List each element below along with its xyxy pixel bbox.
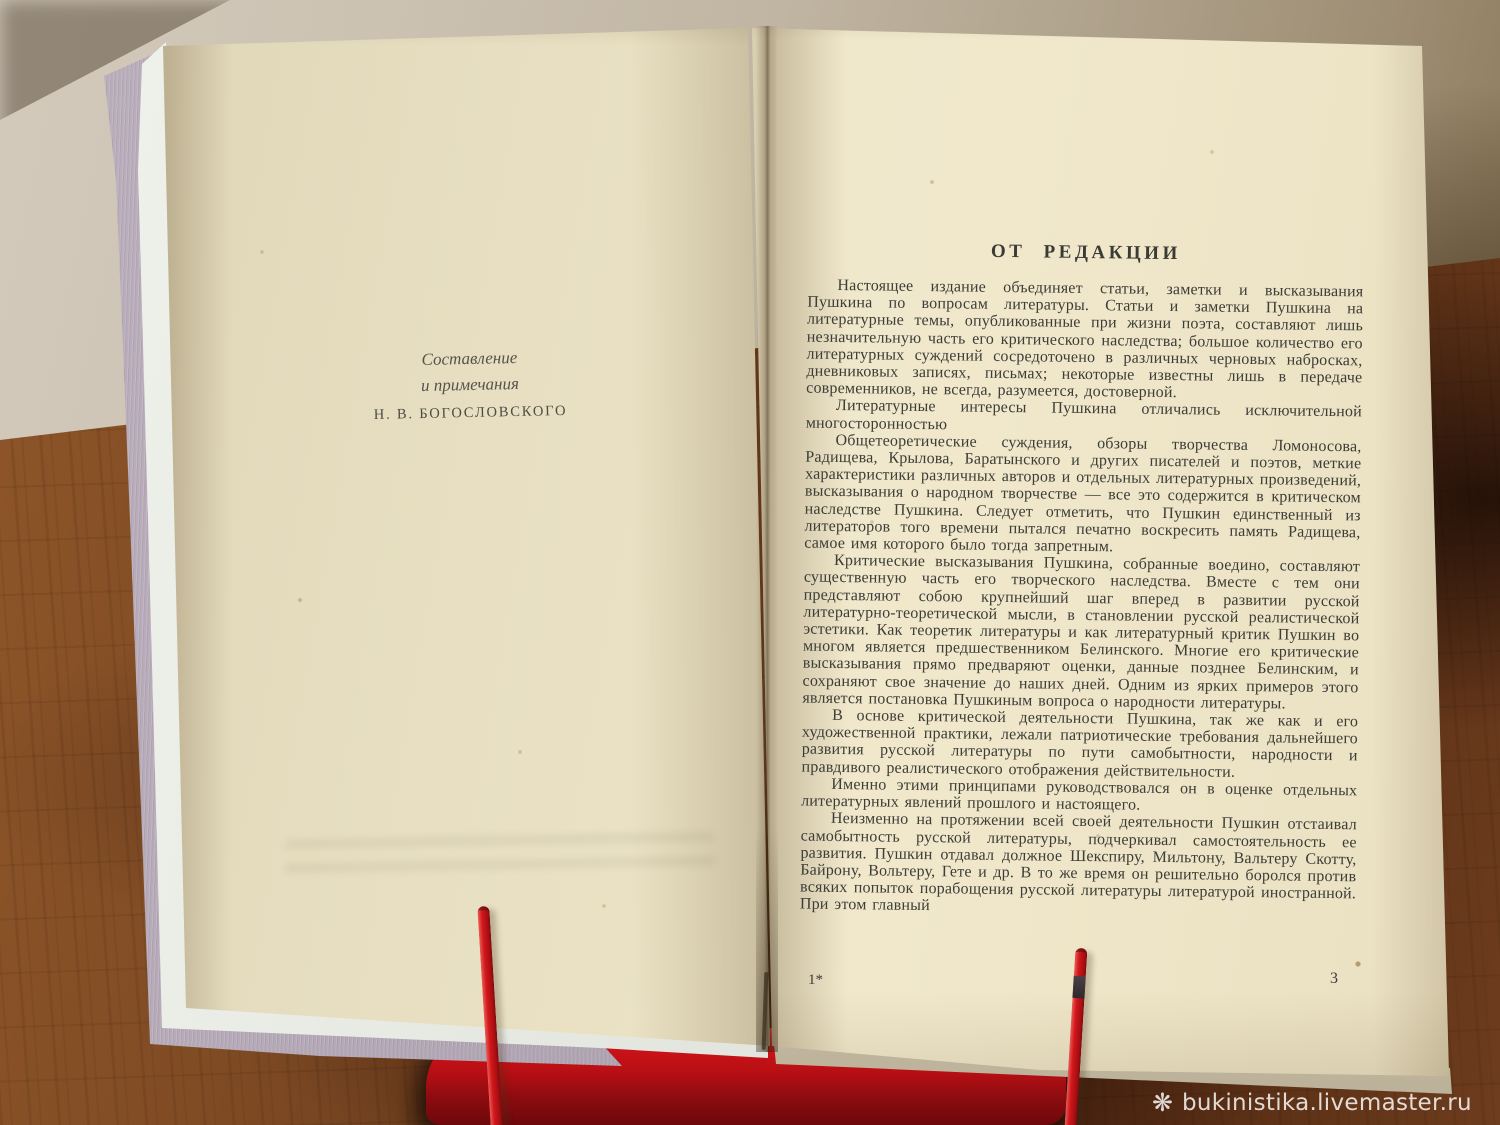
book-gutter-shadow	[756, 26, 778, 1052]
paragraph: Неизменно на протяжении всей своей деяте…	[800, 810, 1357, 920]
show-through-text	[285, 832, 716, 887]
footnote-mark: 1*	[808, 972, 823, 989]
page-text-column: ОТ РЕДАКЦИИ Настоящее издание объединяет…	[800, 239, 1364, 920]
photo-open-book-on-stand: Составление и примечания Н. В. БОГОСЛОВС…	[0, 0, 1500, 1125]
paragraph: В основе критической деятельности Пушкин…	[801, 707, 1358, 783]
credit-line: и примечания	[350, 369, 590, 400]
paragraph: Критические высказывания Пушкина, собран…	[802, 552, 1360, 714]
florette-icon: ❋	[1152, 1090, 1173, 1115]
page-number: 3	[1330, 970, 1338, 988]
watermark: ❋ bukinistika.livemaster.ru	[1152, 1080, 1500, 1125]
paragraph: Настоящее издание объединяет статьи, зам…	[806, 277, 1363, 404]
paragraph: Общетеоретические суждения, обзоры творч…	[804, 431, 1361, 558]
open-book: Составление и примечания Н. В. БОГОСЛОВС…	[0, 0, 1500, 1125]
watermark-text: bukinistika.livemaster.ru	[1182, 1090, 1472, 1116]
page-heading: ОТ РЕДАКЦИИ	[808, 239, 1364, 268]
credit-line-compiler: Н. В. БОГОСЛОВСКОГО	[350, 397, 590, 428]
credit-block: Составление и примечания Н. В. БОГОСЛОВС…	[349, 343, 591, 428]
prong-dark-band	[1072, 976, 1085, 999]
